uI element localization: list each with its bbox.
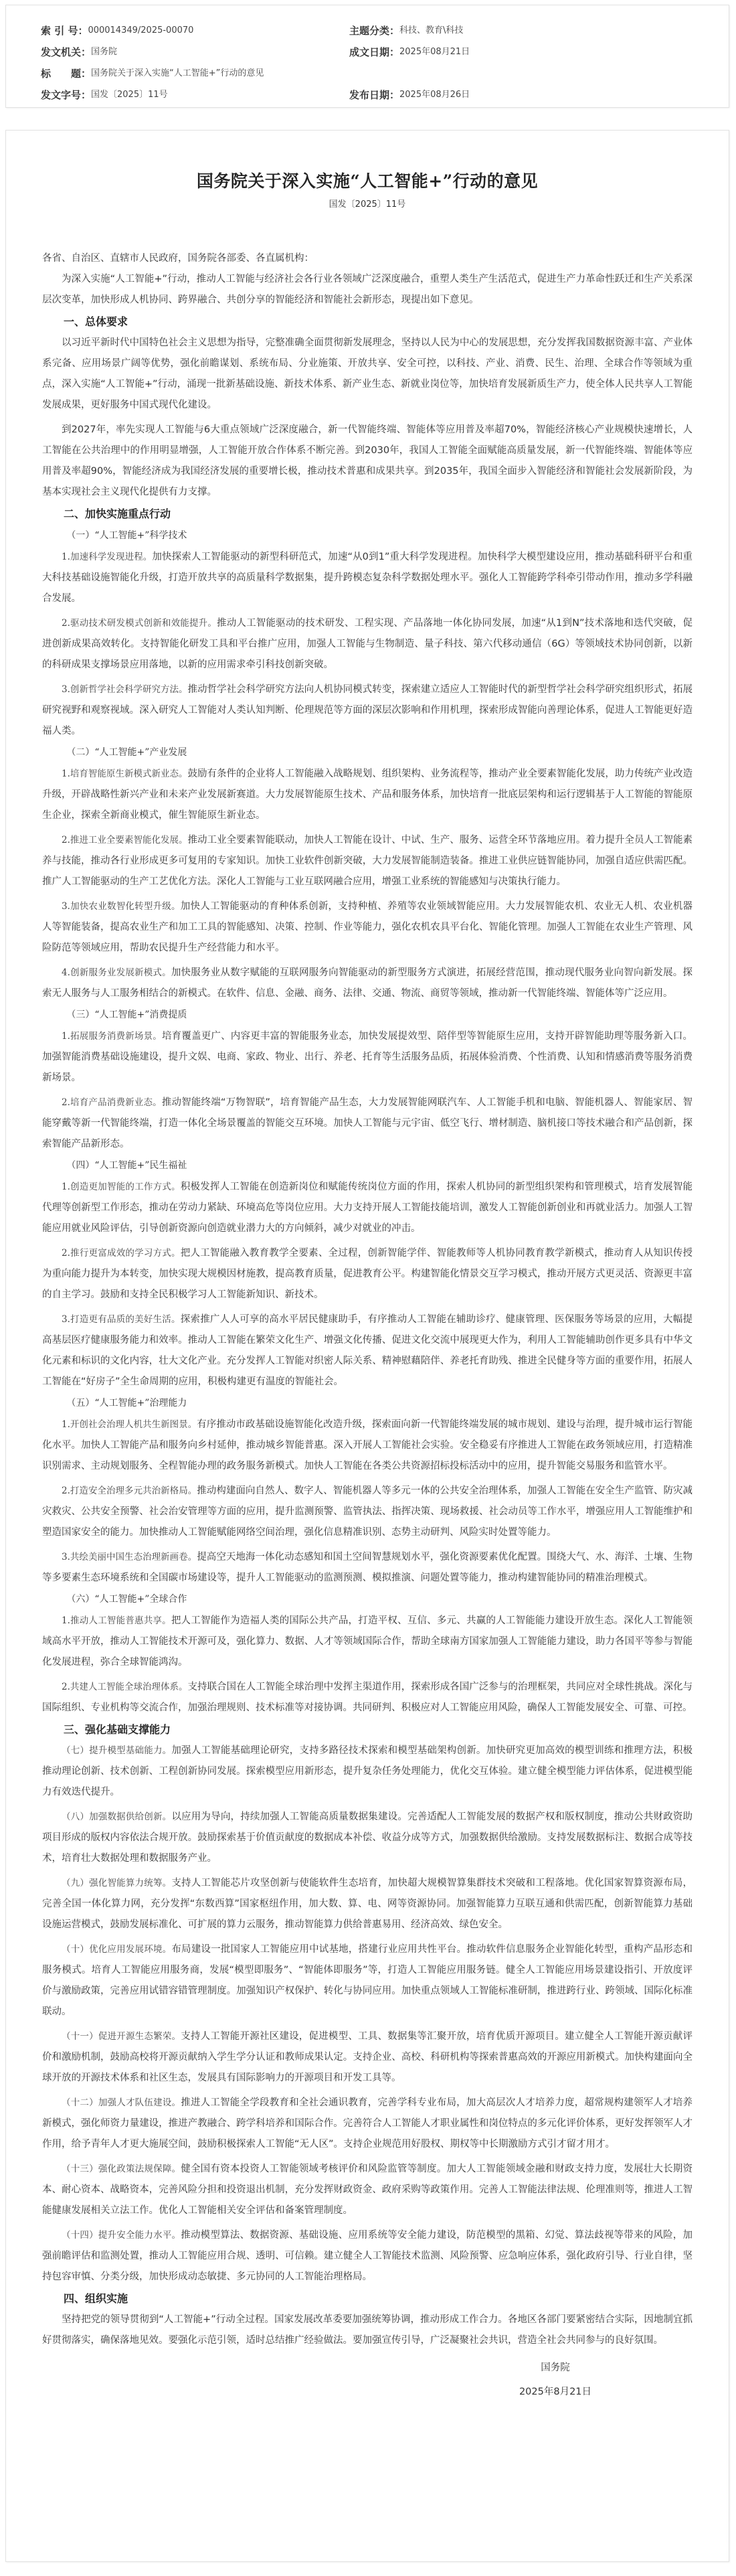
meta-issuer-label: 发文机关： <box>41 46 91 59</box>
meta-title-value: 国务院关于深入实施“人工智能+”行动的意见 <box>91 67 264 80</box>
item-lead: 4.创新服务业发展新模式。 <box>62 967 171 978</box>
meta-published-label: 发布日期： <box>349 88 399 102</box>
item-text: 布局建设一批国家人工智能应用中试基地，搭建行业应用共性平台。推动软件信息服务企业… <box>42 1944 693 2017</box>
item-lead: 2.推行更富成效的学习方式。 <box>62 1248 181 1259</box>
meta-index-number: 索 引 号： 000014349/2025-00070 <box>41 24 193 37</box>
meta-topic-label: 主题分类： <box>349 24 399 37</box>
signature-issuer: 国务院 <box>519 2358 592 2378</box>
subsection-heading-consumption: （三）“人工智能+”消费提质 <box>42 1004 693 1026</box>
meta-document-number: 发文字号： 国发〔2025〕11号 <box>41 88 168 102</box>
meta-title: 标 题： 国务院关于深入实施“人工智能+”行动的意见 <box>41 67 264 80</box>
list-item: （七）提升模型基础能力。加强人工智能基础理论研究，支持多路径技术探索和模型基础架… <box>42 1741 693 1803</box>
document-metadata-panel: 索 引 号： 000014349/2025-00070 主题分类： 科技、教育\… <box>5 5 729 108</box>
list-item: 4.创新服务业发展新模式。加快服务业从数字赋能的互联网服务向智能驱动的新型服务方… <box>42 963 693 1004</box>
meta-index-value: 000014349/2025-00070 <box>88 24 193 37</box>
paragraph: 以习近平新时代中国特色社会主义思想为指导，完整准确全面贯彻新发展理念，坚持以人民… <box>42 333 693 416</box>
subsection-heading-science-technology: （一）“人工智能+”科学技术 <box>42 525 693 547</box>
signature-block: 国务院 2025年8月21日 <box>42 2358 693 2402</box>
subsection-heading-industry: （二）“人工智能+”产业发展 <box>42 742 693 764</box>
list-item: 3.打造更有品质的美好生活。探索推广人人可享的高水平居民健康助手，有序推动人工智… <box>42 1309 693 1392</box>
list-item: 2.培育产品消费新业态。推动智能终端“万物智联”，培育智能产品生态，大力发展智能… <box>42 1093 693 1155</box>
paragraph: 坚持把党的领导贯彻到“人工智能+”行动全过程。国家发展改革委要加强统筹协调，推动… <box>42 2310 693 2351</box>
item-lead: （十三）强化政策法规保障。 <box>62 2164 181 2174</box>
subsection-heading-global-cooperation: （六）“人工智能+”全球合作 <box>42 1589 693 1611</box>
item-lead: 1.拓展服务消费新场景。 <box>62 1031 162 1042</box>
list-item: 3.共绘美丽中国生态治理新画卷。提高空天地海一体化动态感知和国土空间智慧规划水平… <box>42 1547 693 1589</box>
item-lead: （十四）提升安全能力水平。 <box>62 2230 181 2241</box>
subsection-heading-livelihood: （四）“人工智能+”民生福祉 <box>42 1155 693 1177</box>
list-item: 1.加速科学发现进程。加快探索人工智能驱动的新型科研范式，加速“从0到1”重大科… <box>42 547 693 609</box>
document-number: 国发〔2025〕11号 <box>42 197 693 212</box>
item-lead: 1.开创社会治理人机共生新图景。 <box>62 1419 197 1430</box>
section-heading-foundational-support: 三、强化基础支撑能力 <box>42 1718 693 1741</box>
item-lead: 2.推进工业全要素智能化发展。 <box>62 835 188 846</box>
list-item: （十）优化应用发展环境。布局建设一批国家人工智能应用中试基地，搭建行业应用共性平… <box>42 1939 693 2022</box>
meta-issuer: 发文机关： 国务院 <box>41 46 117 59</box>
item-lead: 2.驱动技术研发模式创新和效能提升。 <box>62 618 217 629</box>
item-lead: 3.创新哲学社会科学研究方法。 <box>62 684 188 695</box>
list-item: 2.共建人工智能全球治理体系。支持联合国在人工智能全球治理中发挥主渠道作用，探索… <box>42 1677 693 1718</box>
meta-written-value: 2025年08月21日 <box>399 46 470 59</box>
list-item: 1.培育智能原生新模式新业态。鼓励有条件的企业将人工智能融入战略规划、组织架构、… <box>42 764 693 826</box>
list-item: （八）加强数据供给创新。以应用为导向，持续加强人工智能高质量数据集建设。完善适配… <box>42 1807 693 1869</box>
list-item: 2.打造安全治理多元共治新格局。推动构建面向自然人、数字人、智能机器人等多元一体… <box>42 1481 693 1543</box>
item-lead: 1.创造更加智能的工作方式。 <box>62 1182 181 1192</box>
section-heading-implementation: 四、组织实施 <box>42 2287 693 2310</box>
list-item: 1.推动人工智能普惠共享。把人工智能作为造福人类的国际公共产品，打造平权、互信、… <box>42 1611 693 1673</box>
list-item: （十二）加强人才队伍建设。推进人工智能全学段教育和全社会通识教育，完善学科专业布… <box>42 2093 693 2155</box>
paragraph: 到2027年，率先实现人工智能与6大重点领域广泛深度融合，新一代智能终端、智能体… <box>42 420 693 503</box>
item-lead: 1.培育智能原生新模式新业态。 <box>62 769 188 779</box>
meta-title-label: 标 题： <box>41 67 91 80</box>
item-lead: （九）强化智能算力统筹。 <box>62 1878 171 1888</box>
meta-docno-value: 国发〔2025〕11号 <box>91 88 168 102</box>
list-item: （十三）强化政策法规保障。健全国有资本投资人工智能领域考核评价和风险监管等制度。… <box>42 2159 693 2221</box>
list-item: 1.创造更加智能的工作方式。积极发挥人工智能在创造新岗位和赋能传统岗位方面的作用… <box>42 1177 693 1239</box>
section-heading-key-actions: 二、加快实施重点行动 <box>42 503 693 525</box>
meta-published-value: 2025年08月26日 <box>399 88 470 102</box>
item-lead: （十）优化应用发展环境。 <box>62 1944 171 1955</box>
document-body: 国务院关于深入实施“人工智能+”行动的意见 国发〔2025〕11号 各省、自治区… <box>5 130 729 2562</box>
item-lead: 1.加速科学发现进程。 <box>62 552 152 562</box>
meta-written-label: 成文日期： <box>349 46 399 59</box>
list-item: 3.加快农业数智化转型升级。加快人工智能驱动的育种体系创新，支持种植、养殖等农业… <box>42 896 693 959</box>
item-lead: （八）加强数据供给创新。 <box>62 1812 171 1822</box>
intro-paragraph: 为深入实施“人工智能+”行动，推动人工智能与经济社会各行业各领域广泛深度融合，重… <box>42 269 693 311</box>
item-lead: 3.共绘美丽中国生态治理新画卷。 <box>62 1552 197 1562</box>
item-lead: 3.打造更有品质的美好生活。 <box>62 1314 181 1325</box>
item-lead: （十一）促进开源生态繁荣。 <box>62 2031 181 2042</box>
meta-docno-label: 发文字号： <box>41 88 91 102</box>
list-item: （九）强化智能算力统筹。支持人工智能芯片攻坚创新与使能软件生态培育，加快超大规模… <box>42 1873 693 1935</box>
item-lead: 2.共建人工智能全球治理体系。 <box>62 1682 188 1692</box>
document-title: 国务院关于深入实施“人工智能+”行动的意见 <box>42 131 693 195</box>
list-item: （十四）提升安全能力水平。推动模型算法、数据资源、基础设施、应用系统等安全能力建… <box>42 2225 693 2287</box>
item-lead: （十二）加强人才队伍建设。 <box>62 2097 181 2108</box>
item-lead: 2.打造安全治理多元共治新格局。 <box>62 1485 197 1496</box>
meta-published-date: 发布日期： 2025年08月26日 <box>349 88 470 102</box>
item-lead: 1.推动人工智能普惠共享。 <box>62 1615 171 1626</box>
section-heading-general-requirements: 一、总体要求 <box>42 311 693 333</box>
list-item: （十一）促进开源生态繁荣。支持人工智能开源社区建设，促进模型、工具、数据集等汇聚… <box>42 2026 693 2089</box>
meta-index-label: 索 引 号： <box>41 24 88 37</box>
subsection-heading-governance: （五）“人工智能+”治理能力 <box>42 1392 693 1415</box>
meta-topic: 主题分类： 科技、教育\科技 <box>349 24 463 37</box>
list-item: 2.推行更富成效的学习方式。把人工智能融入教育教学全要素、全过程，创新智能学伴、… <box>42 1243 693 1305</box>
list-item: 1.开创社会治理人机共生新图景。有序推动市政基础设施智能化改造升级，探索面向新一… <box>42 1415 693 1477</box>
meta-issuer-value: 国务院 <box>91 46 117 59</box>
item-lead: （七）提升模型基础能力。 <box>62 1745 171 1756</box>
item-lead: 2.培育产品消费新业态。 <box>62 1097 162 1108</box>
meta-topic-value: 科技、教育\科技 <box>399 24 463 37</box>
meta-written-date: 成文日期： 2025年08月21日 <box>349 46 470 59</box>
list-item: 3.创新哲学社会科学研究方法。推动哲学社会科学研究方法向人机协同模式转变，探索建… <box>42 679 693 742</box>
list-item: 2.推进工业全要素智能化发展。推动工业全要素智能联动，加快人工智能在设计、中试、… <box>42 830 693 892</box>
signature-date: 2025年8月21日 <box>519 2382 592 2402</box>
item-text: 探索推广人人可享的高水平居民健康助手，有序推动人工智能在辅助诊疗、健康管理、医保… <box>42 1314 693 1387</box>
list-item: 1.拓展服务消费新场景。培育覆盖更广、内容更丰富的智能服务业态，加快发展提效型、… <box>42 1026 693 1089</box>
list-item: 2.驱动技术研发模式创新和效能提升。推动人工智能驱动的技术研发、工程实现、产品落… <box>42 613 693 675</box>
item-lead: 3.加快农业数智化转型升级。 <box>62 901 181 912</box>
salutation: 各省、自治区、直辖市人民政府，国务院各部委、各直属机构： <box>42 248 693 269</box>
